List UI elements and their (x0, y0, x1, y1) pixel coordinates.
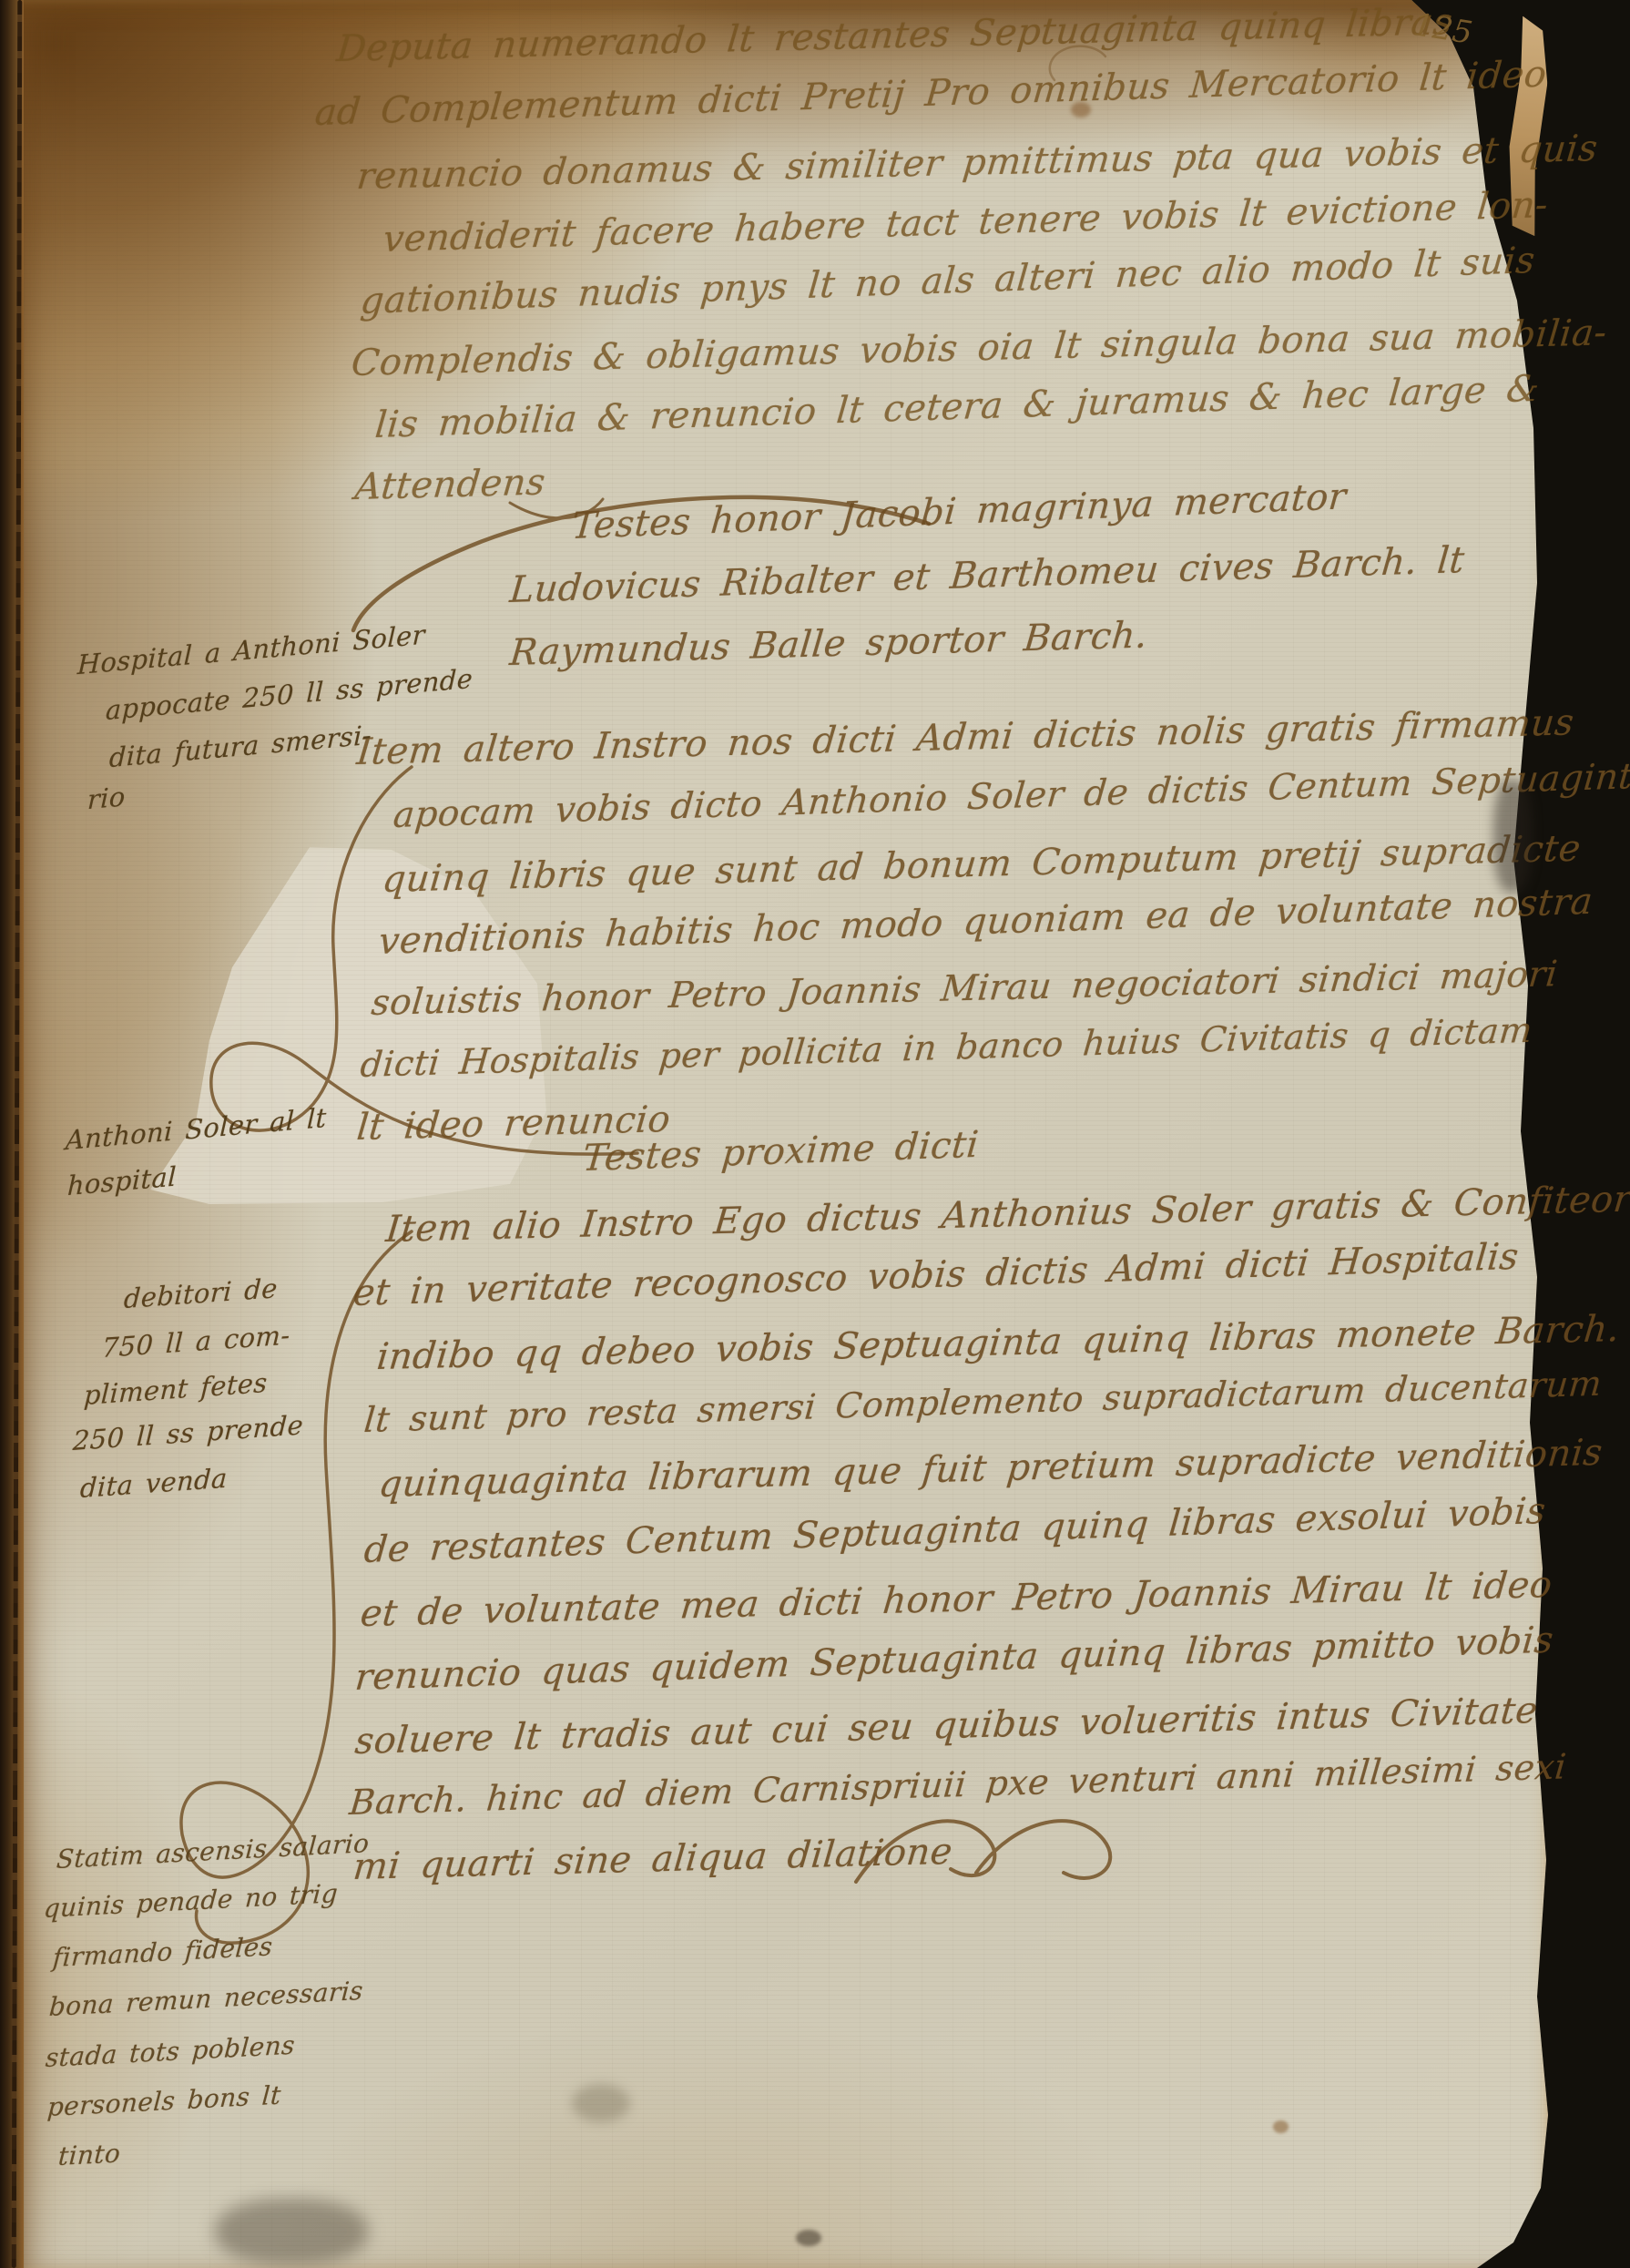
margin-note-4-line: quinis penade no trig (43, 1881, 339, 1922)
main-text-paragraph-3-line: indibo qq debeo vobis Septuaginta quinq … (375, 1311, 1622, 1375)
manuscript-photo: 125 Deputa numerando lt restantes Septua… (0, 0, 1630, 2268)
main-text-paragraph-3-line: soluere lt tradis aut cui seu quibus vol… (353, 1692, 1539, 1760)
margin-note-2-line: Anthoni Soler al lt (65, 1105, 327, 1154)
margin-note-3-line: pliment fetes (83, 1370, 268, 1409)
margin-note-3-line: 750 ll a com- (101, 1322, 290, 1362)
margin-note-4-line: firmando fideles (52, 1934, 273, 1971)
witnesses-block-1-line: Ludovicus Ribalter et Barthomeu cives Ba… (508, 542, 1466, 608)
margin-note-3-line: dita venda (79, 1466, 228, 1502)
margin-note-3-line: 250 ll ss prende (72, 1412, 304, 1455)
margin-note-1-line: Hospital a Anthoni Soler (76, 621, 425, 679)
witnesses-block-1-line: Raymundus Balle sportor Barch. (508, 617, 1149, 671)
main-text-paragraph-3-line: lt sunt pro resta smersi Complemento sup… (362, 1366, 1604, 1437)
margin-note-1-line: appocate 250 ll ss prende (105, 666, 473, 724)
main-text-paragraph-1-line: Attendens (353, 464, 547, 506)
main-text-paragraph-1-line: ad Complementum dicti Pretij Pro omnibus… (313, 56, 1548, 131)
margin-note-4-line: bona remun necessaris (48, 1978, 364, 2020)
margin-note-4-line: personels bons lt (46, 2082, 282, 2120)
main-text-paragraph-3-line: renuncio quas quidem Septuaginta quinq l… (353, 1622, 1555, 1696)
main-text-paragraph-3-line: Barch. hinc ad diem Carnispriuii pxe ven… (348, 1749, 1568, 1820)
main-text-paragraph-2-line: soluistis honor Petro Joannis Mirau nego… (370, 956, 1559, 1021)
main-text-paragraph-3-line: quinquaginta librarum que fuit pretium s… (377, 1435, 1605, 1503)
main-text-paragraph-3-line: mi quarti sine aliqua dilatione (351, 1834, 954, 1885)
margin-note-2-line: hospital (66, 1163, 177, 1200)
main-text-paragraph-3-line: de restantes Centum Septuaginta quinq li… (362, 1493, 1547, 1568)
margin-note-1-line: dita futura smersi- (108, 722, 372, 771)
main-text-paragraph-2-line: dicti Hospitalis per pollicita in banco … (359, 1013, 1533, 1082)
margin-note-4-line: stada tots poblens (45, 2033, 296, 2071)
margin-note-4-line: tinto (57, 2140, 121, 2170)
margin-note-3-line: debitori de (123, 1275, 278, 1313)
main-text-paragraph-1-line: lis mobilia & renuncio lt cetera & juram… (373, 371, 1541, 444)
main-text-paragraph-1-line: Deputa numerando lt restantes Septuagint… (335, 4, 1454, 67)
margin-note-1-line: rio (87, 783, 126, 813)
main-text-paragraph-2-line: Item altero Instro nos dicti Admi dictis… (355, 704, 1575, 771)
main-text-paragraph-1-line: renuncio donamus & similiter pmittimus p… (355, 130, 1599, 195)
main-text-paragraph-3-line: et in veritate recognosco vobis dictis A… (351, 1239, 1520, 1312)
main-text-paragraph-2-line: apocam vobis dicto Anthonio Soler de dic… (392, 758, 1630, 833)
margin-note-4-line: Statim ascensis salario (56, 1831, 370, 1873)
main-text-paragraph-3-line: et de voluntate mea dicti honor Petro Jo… (359, 1567, 1554, 1632)
witnesses-block-1-line: Testes honor Jacobi magrinya mercator (570, 478, 1348, 545)
folio-number: 125 (1411, 6, 1474, 52)
handwriting-layer: 125 Deputa numerando lt restantes Septua… (0, 0, 1630, 2268)
